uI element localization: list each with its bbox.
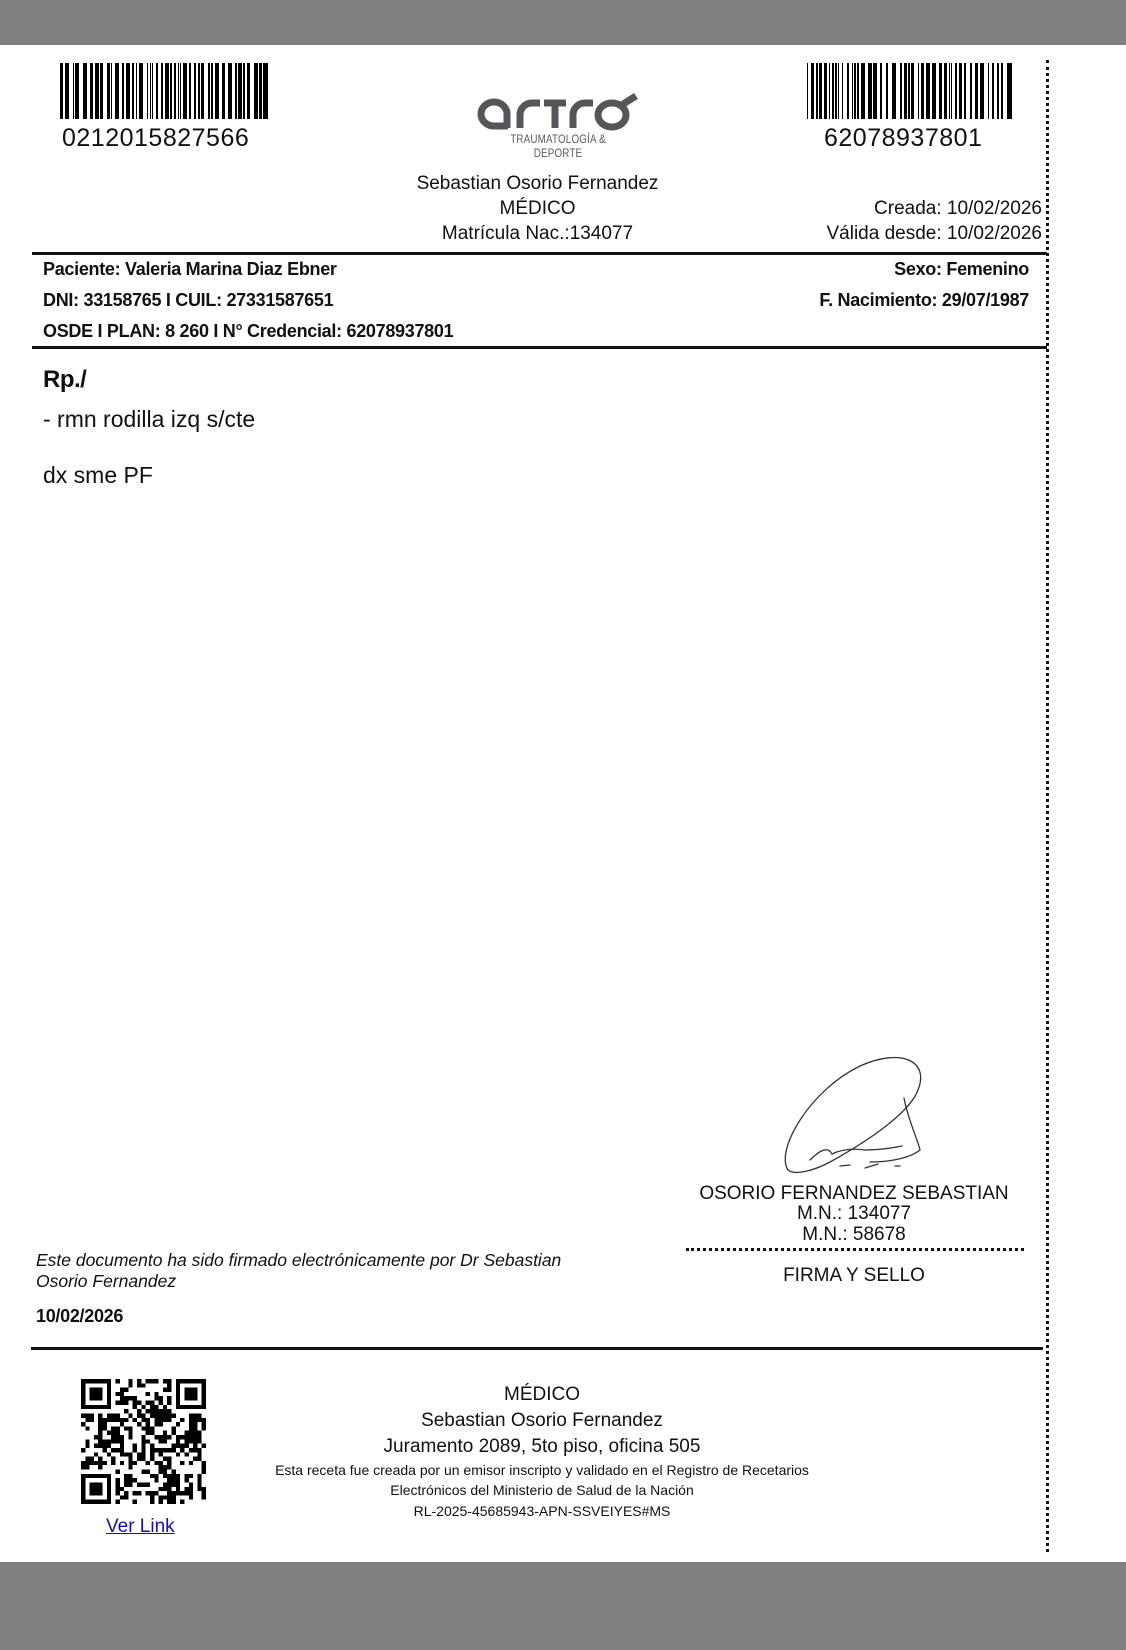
viewer-bottom-band	[0, 1562, 1126, 1650]
signature-caption: FIRMA Y SELLO	[676, 1266, 1032, 1286]
footer-doctor-name: Sebastian Osorio Fernandez	[232, 1410, 852, 1432]
patient-divider	[32, 346, 1047, 349]
logo-tagline: TRAUMATOLOGÍA & DEPORTE	[491, 132, 625, 160]
signature-date: 10/02/2026	[36, 1306, 123, 1327]
patient-ids: DNI: 33158765 I CUIL: 27331587651	[43, 290, 333, 311]
header-divider	[32, 252, 1047, 255]
patient-name: Paciente: Valeria Marina Diaz Ebner	[43, 259, 337, 280]
viewer-top-band	[0, 0, 1126, 45]
doctor-role: MÉDICO	[360, 198, 715, 220]
patient-birth-date: F. Nacimiento: 29/07/1987	[819, 290, 1029, 311]
prescription-heading: Rp./	[43, 366, 86, 394]
barcode-right-number: 62078937801	[824, 124, 982, 153]
electronic-signature-note: Este documento ha sido firmado electróni…	[36, 1250, 636, 1292]
footer-address: Juramento 2089, 5to piso, oficina 505	[232, 1436, 852, 1458]
ver-link[interactable]: Ver Link	[106, 1516, 175, 1538]
signer-name: OSORIO FERNANDEZ SEBASTIAN	[676, 1184, 1032, 1204]
signer-license-1: M.N.: 134077	[676, 1204, 1032, 1224]
footer-registry-line-2: Electrónicos del Ministerio de Salud de …	[232, 1482, 852, 1498]
doctor-license: Matrícula Nac.:134077	[360, 223, 715, 245]
prescription-item: - rmn rodilla izq s/cte	[43, 406, 255, 433]
barcode-right-icon	[807, 63, 1012, 119]
handwritten-signature-icon	[770, 1050, 940, 1180]
created-date: Creada: 10/02/2026	[874, 198, 1042, 220]
barcode-left-icon	[60, 63, 268, 119]
signer-license-2: M.N.: 58678	[676, 1225, 1032, 1245]
electronic-signature-note-line-1: Este documento ha sido firmado electróni…	[36, 1250, 636, 1271]
signature-line	[686, 1248, 1024, 1251]
patient-coverage: OSDE I PLAN: 8 260 I N° Credencial: 6207…	[43, 321, 453, 342]
qr-code-icon[interactable]	[81, 1379, 206, 1504]
footer-divider	[31, 1347, 1043, 1350]
footer-registry-code: RL-2025-45685943-APN-SSVEIYES#MS	[232, 1503, 852, 1519]
footer-registry-line-1: Esta receta fue creada por un emisor ins…	[232, 1462, 852, 1478]
electronic-signature-note-line-2: Osorio Fernandez	[36, 1271, 636, 1292]
doctor-name: Sebastian Osorio Fernandez	[360, 173, 715, 195]
tear-line-divider	[1046, 60, 1049, 1552]
barcode-left-number: 0212015827566	[62, 124, 249, 153]
valid-from-date: Válida desde: 10/02/2026	[826, 223, 1042, 245]
diagnosis: dx sme PF	[43, 462, 153, 489]
patient-sex: Sexo: Femenino	[894, 259, 1029, 280]
footer-role: MÉDICO	[232, 1384, 852, 1406]
